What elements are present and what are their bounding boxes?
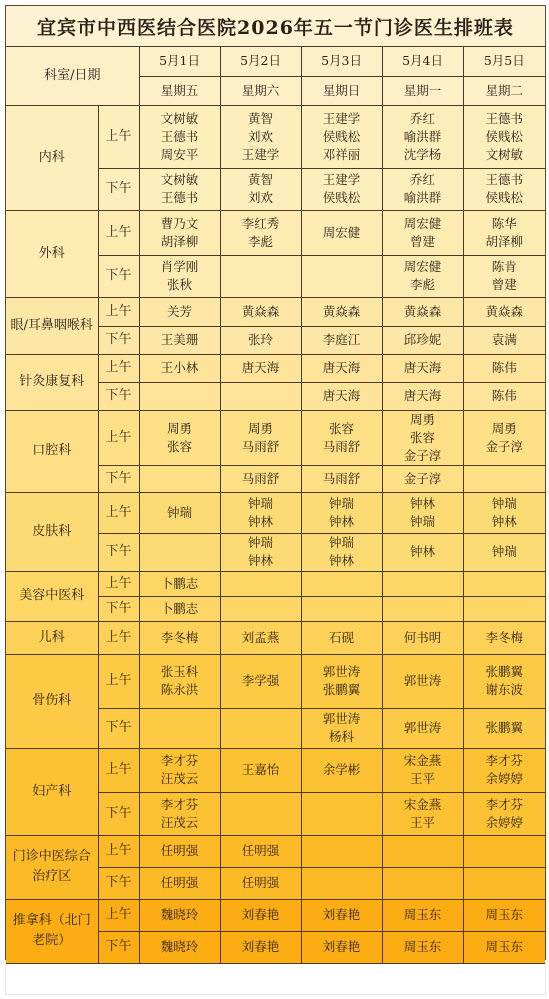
doctor-cell: 陈肯曾建 (463, 255, 545, 297)
doctor-name: 曹乃文 (140, 215, 220, 233)
doctor-cell: 钟瑞钟林 (220, 533, 301, 571)
doctor-name: 张容 (140, 438, 220, 456)
doctor-name: 刘春艳 (221, 938, 301, 956)
doctor-name: 喻洪群 (383, 128, 463, 146)
doctor-name: 谢东波 (464, 681, 546, 699)
date-header: 5月3日 (301, 47, 382, 76)
doctor-name: 周玉东 (383, 938, 463, 956)
doctor-name: 李才芬 (464, 752, 546, 770)
doctor-name: 杨科 (302, 728, 382, 746)
schedule-row: 针灸康复科上午王小林唐天海唐天海唐天海陈伟 (6, 354, 545, 382)
doctor-name: 张玲 (221, 331, 301, 349)
doctor-cell: 钟瑞钟林 (220, 492, 301, 533)
time-slot: 下午 (98, 931, 139, 963)
doctor-name: 张秋 (140, 276, 220, 294)
doctor-name: 李彪 (221, 233, 301, 251)
doctor-name: 黄焱森 (383, 303, 463, 321)
doctor-cell: 宋金燕王平 (382, 792, 463, 835)
doctor-name: 金子淳 (383, 447, 463, 465)
doctor-name: 钟林 (221, 552, 301, 570)
doctor-cell: 张玉科陈永洪 (139, 654, 220, 708)
doctor-name: 李才芬 (140, 752, 220, 770)
doctor-cell: 任明强 (139, 867, 220, 899)
doctor-name: 胡泽柳 (140, 233, 220, 251)
department-name: 儿科 (6, 621, 98, 654)
doctor-name: 文树敏 (140, 171, 220, 189)
doctor-name: 马雨舒 (221, 470, 301, 488)
schedule-row: 内科上午文树敏王德书周安平黄智刘欢王建学王建学侯贱松邓祥丽乔红喻洪群沈学杨王德书… (6, 105, 545, 168)
doctor-name: 周勇 (464, 420, 546, 438)
doctor-name: 钟林 (383, 543, 463, 561)
doctor-name: 周宏健 (383, 258, 463, 276)
doctor-name: 王美珊 (140, 331, 220, 349)
time-slot: 下午 (98, 326, 139, 354)
time-slot: 上午 (98, 492, 139, 533)
doctor-cell (301, 571, 382, 596)
doctor-cell: 李才芬余婷婷 (463, 792, 545, 835)
date-header: 5月4日 (382, 47, 463, 76)
schedule-row: 皮肤科上午钟瑞钟瑞钟林钟瑞钟林钟林钟瑞钟瑞钟林 (6, 492, 545, 533)
doctor-cell: 张鹏翼谢东波 (463, 654, 545, 708)
page-title: 宜宾市中西医结合医院2026年五一节门诊医生排班表 (6, 6, 545, 47)
doctor-name: 王德书 (464, 110, 546, 128)
department-name: 推拿科（北门老院） (6, 899, 98, 963)
schedule-row: 骨伤科上午张玉科陈永洪李学强郭世涛张鹏翼郭世涛张鹏翼谢东波 (6, 654, 545, 708)
doctor-cell: 黄焱森 (382, 297, 463, 326)
doctor-name: 卜鹏志 (140, 575, 220, 593)
weekday-header: 星期二 (463, 76, 545, 105)
doctor-name: 宋金燕 (383, 796, 463, 814)
doctor-cell (301, 255, 382, 297)
date-header: 5月5日 (463, 47, 545, 76)
department-name: 骨伤科 (6, 654, 98, 748)
doctor-cell: 卜鹏志 (139, 571, 220, 596)
doctor-cell: 袁满 (463, 326, 545, 354)
time-slot: 下午 (98, 465, 139, 492)
doctor-cell: 李红秀李彪 (220, 210, 301, 255)
schedule-row: 口腔科上午周勇张容周勇马雨舒张容马雨舒周勇张容金子淳周勇金子淳 (6, 410, 545, 465)
doctor-cell: 刘春艳 (301, 899, 382, 931)
doctor-name: 张容 (383, 429, 463, 447)
doctor-name: 钟瑞 (302, 534, 382, 552)
doctor-name: 黄智 (221, 110, 301, 128)
doctor-cell (301, 867, 382, 899)
doctor-cell (139, 465, 220, 492)
weekday-header: 星期日 (301, 76, 382, 105)
department-name: 门诊中医综合治疗区 (6, 835, 98, 899)
doctor-cell: 文树敏王德书周安平 (139, 105, 220, 168)
doctor-cell: 周宏健曾建 (382, 210, 463, 255)
doctor-name: 陈华 (464, 215, 546, 233)
doctor-name: 陈永洪 (140, 681, 220, 699)
doctor-name: 张容 (302, 420, 382, 438)
doctor-name: 郭世涛 (383, 672, 463, 690)
doctor-cell: 郭世涛 (382, 654, 463, 708)
doctor-name: 黄焱森 (302, 303, 382, 321)
doctor-name: 陈伟 (464, 387, 546, 405)
doctor-name: 钟林 (302, 552, 382, 570)
corner-label: 科室/日期 (6, 47, 139, 105)
time-slot: 上午 (98, 621, 139, 654)
doctor-name: 李冬梅 (464, 629, 546, 647)
doctor-name: 刘春艳 (302, 906, 382, 924)
doctor-name: 曾建 (464, 276, 546, 294)
doctor-cell: 余学彬 (301, 748, 382, 792)
doctor-name: 胡泽柳 (464, 233, 546, 251)
doctor-name: 唐天海 (302, 359, 382, 377)
doctor-cell: 宋金燕王平 (382, 748, 463, 792)
time-slot: 下午 (98, 382, 139, 410)
doctor-name: 钟瑞 (221, 534, 301, 552)
doctor-name: 沈学杨 (383, 146, 463, 164)
doctor-name: 任明强 (221, 842, 301, 860)
doctor-cell: 李才芬汪茂云 (139, 792, 220, 835)
doctor-name: 喻洪群 (383, 189, 463, 207)
doctor-name: 任明强 (140, 842, 220, 860)
doctor-name: 郭世涛 (383, 719, 463, 737)
doctor-name: 刘欢 (221, 189, 301, 207)
department-name: 外科 (6, 210, 98, 297)
doctor-name: 唐天海 (383, 359, 463, 377)
schedule-sheet: 宜宾市中西医结合医院2026年五一节门诊医生排班表 科室/日期 5月1日 5月2… (5, 5, 546, 964)
doctor-cell: 唐天海 (382, 382, 463, 410)
time-slot: 上午 (98, 210, 139, 255)
doctor-name: 马雨舒 (302, 470, 382, 488)
doctor-cell: 王建学侯贱松 (301, 168, 382, 210)
doctor-cell: 周玉东 (382, 931, 463, 963)
doctor-cell: 郭世涛 (382, 708, 463, 748)
doctor-name: 王建学 (302, 110, 382, 128)
doctor-cell: 黄焱森 (220, 297, 301, 326)
time-slot: 上午 (98, 835, 139, 867)
doctor-cell: 张玲 (220, 326, 301, 354)
doctor-name: 乔红 (383, 110, 463, 128)
doctor-cell: 金子淳 (382, 465, 463, 492)
doctor-cell: 周玉东 (463, 931, 545, 963)
doctor-name: 余婷婷 (464, 814, 546, 832)
doctor-cell: 王嘉怡 (220, 748, 301, 792)
schedule-row: 妇产科上午李才芬汪茂云王嘉怡余学彬宋金燕王平李才芬余婷婷 (6, 748, 545, 792)
doctor-cell: 张鹏翼 (463, 708, 545, 748)
time-slot: 上午 (98, 410, 139, 465)
doctor-name: 王建学 (302, 171, 382, 189)
doctor-name: 周安平 (140, 146, 220, 164)
date-header: 5月2日 (220, 47, 301, 76)
department-name: 皮肤科 (6, 492, 98, 571)
doctor-cell: 钟瑞 (463, 533, 545, 571)
doctor-name: 钟瑞 (464, 495, 546, 513)
doctor-name: 周宏健 (383, 215, 463, 233)
doctor-name: 卜鹏志 (140, 600, 220, 618)
doctor-cell: 任明强 (220, 867, 301, 899)
doctor-name: 刘孟燕 (221, 629, 301, 647)
doctor-cell: 马雨舒 (301, 465, 382, 492)
doctor-name: 钟瑞 (221, 495, 301, 513)
schedule-row: 外科上午曹乃文胡泽柳李红秀李彪周宏健周宏健曾建陈华胡泽柳 (6, 210, 545, 255)
doctor-name: 李学强 (221, 672, 301, 690)
doctor-cell: 周宏健李彪 (382, 255, 463, 297)
doctor-name: 郭世涛 (302, 663, 382, 681)
doctor-cell: 周玉东 (382, 899, 463, 931)
doctor-cell: 曹乃文胡泽柳 (139, 210, 220, 255)
doctor-cell: 任明强 (220, 835, 301, 867)
doctor-cell: 王德书侯贱松文树敏 (463, 105, 545, 168)
doctor-name: 关芳 (140, 303, 220, 321)
time-slot: 下午 (98, 596, 139, 621)
doctor-cell: 刘春艳 (301, 931, 382, 963)
doctor-name: 钟瑞 (464, 543, 546, 561)
doctor-cell: 钟瑞钟林 (463, 492, 545, 533)
doctor-name: 邓祥丽 (302, 146, 382, 164)
time-slot: 上午 (98, 354, 139, 382)
weekday-header: 星期一 (382, 76, 463, 105)
doctor-cell (220, 596, 301, 621)
weekday-header: 星期五 (139, 76, 220, 105)
doctor-name: 李彪 (383, 276, 463, 294)
doctor-name: 金子淳 (464, 438, 546, 456)
doctor-cell: 李冬梅 (463, 621, 545, 654)
doctor-name: 黄智 (221, 171, 301, 189)
doctor-name: 李才芬 (140, 796, 220, 814)
doctor-name: 周勇 (221, 420, 301, 438)
doctor-name: 汪茂云 (140, 814, 220, 832)
doctor-cell (220, 255, 301, 297)
doctor-cell (463, 596, 545, 621)
doctor-name: 邱珍妮 (383, 331, 463, 349)
doctor-cell: 文树敏王德书 (139, 168, 220, 210)
doctor-cell: 王德书侯贱松 (463, 168, 545, 210)
doctor-cell: 关芳 (139, 297, 220, 326)
doctor-cell: 马雨舒 (220, 465, 301, 492)
doctor-name: 王德书 (464, 171, 546, 189)
doctor-cell: 周勇金子淳 (463, 410, 545, 465)
doctor-cell: 钟瑞 (139, 492, 220, 533)
doctor-name: 李冬梅 (140, 629, 220, 647)
doctor-name: 唐天海 (302, 387, 382, 405)
doctor-name: 石砚 (302, 629, 382, 647)
doctor-cell: 李才芬余婷婷 (463, 748, 545, 792)
doctor-name: 陈肯 (464, 258, 546, 276)
doctor-name: 钟林 (464, 513, 546, 531)
doctor-name: 钟林 (383, 495, 463, 513)
doctor-name: 刘春艳 (221, 906, 301, 924)
doctor-cell: 任明强 (139, 835, 220, 867)
doctor-cell: 黄焱森 (463, 297, 545, 326)
doctor-cell: 周勇张容金子淳 (382, 410, 463, 465)
doctor-cell: 钟林 (382, 533, 463, 571)
doctor-name: 王建学 (221, 146, 301, 164)
department-name: 眼/耳鼻咽喉科 (6, 297, 98, 354)
doctor-name: 周玉东 (464, 906, 546, 924)
schedule-row: 推拿科（北门老院）上午魏晓玲刘春艳刘春艳周玉东周玉东 (6, 899, 545, 931)
doctor-name: 侯贱松 (302, 128, 382, 146)
doctor-name: 文树敏 (140, 110, 220, 128)
doctor-name: 王平 (383, 814, 463, 832)
doctor-cell: 郭世涛杨科 (301, 708, 382, 748)
doctor-cell (463, 867, 545, 899)
doctor-cell: 郭世涛张鹏翼 (301, 654, 382, 708)
doctor-cell: 李冬梅 (139, 621, 220, 654)
doctor-cell: 周勇张容 (139, 410, 220, 465)
doctor-cell: 乔红喻洪群 (382, 168, 463, 210)
doctor-name: 李红秀 (221, 215, 301, 233)
doctor-cell: 周玉东 (463, 899, 545, 931)
doctor-cell: 张容马雨舒 (301, 410, 382, 465)
doctor-name: 张鹏翼 (302, 681, 382, 699)
doctor-cell (382, 571, 463, 596)
doctor-name: 何书明 (383, 629, 463, 647)
doctor-cell (139, 533, 220, 571)
doctor-cell: 刘春艳 (220, 931, 301, 963)
time-slot: 下午 (98, 255, 139, 297)
doctor-name: 乔红 (383, 171, 463, 189)
doctor-name: 黄焱森 (221, 303, 301, 321)
doctor-name: 王平 (383, 770, 463, 788)
doctor-cell: 钟瑞钟林 (301, 533, 382, 571)
doctor-name: 王德书 (140, 189, 220, 207)
doctor-name: 魏晓玲 (140, 906, 220, 924)
doctor-cell: 唐天海 (301, 382, 382, 410)
doctor-cell (220, 792, 301, 835)
doctor-cell (139, 708, 220, 748)
doctor-cell (220, 571, 301, 596)
doctor-name: 唐天海 (221, 359, 301, 377)
doctor-cell (301, 835, 382, 867)
doctor-cell: 何书明 (382, 621, 463, 654)
doctor-name: 王嘉怡 (221, 761, 301, 779)
doctor-name: 钟瑞 (383, 513, 463, 531)
doctor-cell: 魏晓玲 (139, 931, 220, 963)
time-slot: 下午 (98, 867, 139, 899)
doctor-cell: 唐天海 (382, 354, 463, 382)
schedule-row: 美容中医科上午卜鹏志 (6, 571, 545, 596)
time-slot: 上午 (98, 105, 139, 168)
department-name: 美容中医科 (6, 571, 98, 621)
doctor-cell (382, 835, 463, 867)
doctor-name: 金子淳 (383, 470, 463, 488)
doctor-name: 侯贱松 (464, 128, 546, 146)
doctor-name: 侯贱松 (464, 189, 546, 207)
doctor-cell: 黄智刘欢 (220, 168, 301, 210)
doctor-name: 周勇 (140, 420, 220, 438)
doctor-name: 李庭江 (302, 331, 382, 349)
schedule-row: 儿科上午李冬梅刘孟燕石砚何书明李冬梅 (6, 621, 545, 654)
doctor-name: 钟林 (302, 513, 382, 531)
doctor-cell: 黄焱森 (301, 297, 382, 326)
time-slot: 上午 (98, 748, 139, 792)
blank-footer (5, 960, 546, 995)
date-header: 5月1日 (139, 47, 220, 76)
doctor-cell: 刘孟燕 (220, 621, 301, 654)
doctor-name: 钟瑞 (302, 495, 382, 513)
doctor-cell: 李庭江 (301, 326, 382, 354)
doctor-name: 曾建 (383, 233, 463, 251)
doctor-cell (301, 792, 382, 835)
department-name: 妇产科 (6, 748, 98, 835)
doctor-cell (139, 382, 220, 410)
doctor-name: 张鹏翼 (464, 719, 546, 737)
doctor-name: 郭世涛 (302, 710, 382, 728)
time-slot: 上午 (98, 654, 139, 708)
schedule-row: 眼/耳鼻咽喉科上午关芳黄焱森黄焱森黄焱森黄焱森 (6, 297, 545, 326)
schedule-table: 科室/日期 5月1日 5月2日 5月3日 5月4日 5月5日 星期五 星期六 星… (6, 47, 545, 964)
doctor-cell: 王美珊 (139, 326, 220, 354)
doctor-cell (220, 708, 301, 748)
doctor-cell: 肖学刚张秋 (139, 255, 220, 297)
doctor-name: 钟瑞 (140, 504, 220, 522)
doctor-cell: 乔红喻洪群沈学杨 (382, 105, 463, 168)
doctor-cell: 钟瑞钟林 (301, 492, 382, 533)
weekday-header: 星期六 (220, 76, 301, 105)
department-name: 内科 (6, 105, 98, 210)
doctor-cell: 刘春艳 (220, 899, 301, 931)
doctor-cell (301, 596, 382, 621)
doctor-name: 李才芬 (464, 796, 546, 814)
time-slot: 下午 (98, 708, 139, 748)
doctor-name: 马雨舒 (221, 438, 301, 456)
doctor-cell (463, 835, 545, 867)
doctor-name: 唐天海 (383, 387, 463, 405)
doctor-name: 黄焱森 (464, 303, 546, 321)
doctor-cell (463, 465, 545, 492)
doctor-name: 张玉科 (140, 663, 220, 681)
doctor-cell: 陈华胡泽柳 (463, 210, 545, 255)
time-slot: 上午 (98, 571, 139, 596)
doctor-cell: 周宏健 (301, 210, 382, 255)
doctor-name: 任明强 (221, 874, 301, 892)
doctor-name: 任明强 (140, 874, 220, 892)
doctor-name: 余婷婷 (464, 770, 546, 788)
doctor-name: 肖学刚 (140, 258, 220, 276)
doctor-cell: 钟林钟瑞 (382, 492, 463, 533)
time-slot: 下午 (98, 792, 139, 835)
doctor-name: 汪茂云 (140, 770, 220, 788)
doctor-name: 余学彬 (302, 761, 382, 779)
time-slot: 上午 (98, 297, 139, 326)
doctor-cell: 周勇马雨舒 (220, 410, 301, 465)
doctor-cell (463, 571, 545, 596)
doctor-name: 宋金燕 (383, 752, 463, 770)
doctor-cell: 卜鹏志 (139, 596, 220, 621)
time-slot: 上午 (98, 899, 139, 931)
doctor-name: 袁满 (464, 331, 546, 349)
doctor-name: 周宏健 (302, 224, 382, 242)
doctor-name: 张鹏翼 (464, 663, 546, 681)
doctor-name: 陈伟 (464, 359, 546, 377)
doctor-cell: 陈伟 (463, 354, 545, 382)
doctor-cell: 邱珍妮 (382, 326, 463, 354)
department-name: 针灸康复科 (6, 354, 98, 410)
doctor-name: 周勇 (383, 411, 463, 429)
doctor-cell (220, 382, 301, 410)
doctor-cell: 唐天海 (301, 354, 382, 382)
doctor-cell: 李才芬汪茂云 (139, 748, 220, 792)
doctor-cell: 陈伟 (463, 382, 545, 410)
doctor-name: 钟林 (221, 513, 301, 531)
schedule-row: 门诊中医综合治疗区上午任明强任明强 (6, 835, 545, 867)
doctor-cell: 黄智刘欢王建学 (220, 105, 301, 168)
time-slot: 下午 (98, 533, 139, 571)
doctor-cell: 王小林 (139, 354, 220, 382)
doctor-name: 魏晓玲 (140, 938, 220, 956)
doctor-name: 王小林 (140, 359, 220, 377)
doctor-name: 周玉东 (464, 938, 546, 956)
department-name: 口腔科 (6, 410, 98, 492)
doctor-cell (382, 867, 463, 899)
time-slot: 下午 (98, 168, 139, 210)
doctor-name: 马雨舒 (302, 438, 382, 456)
header-date-row: 科室/日期 5月1日 5月2日 5月3日 5月4日 5月5日 (6, 47, 545, 76)
